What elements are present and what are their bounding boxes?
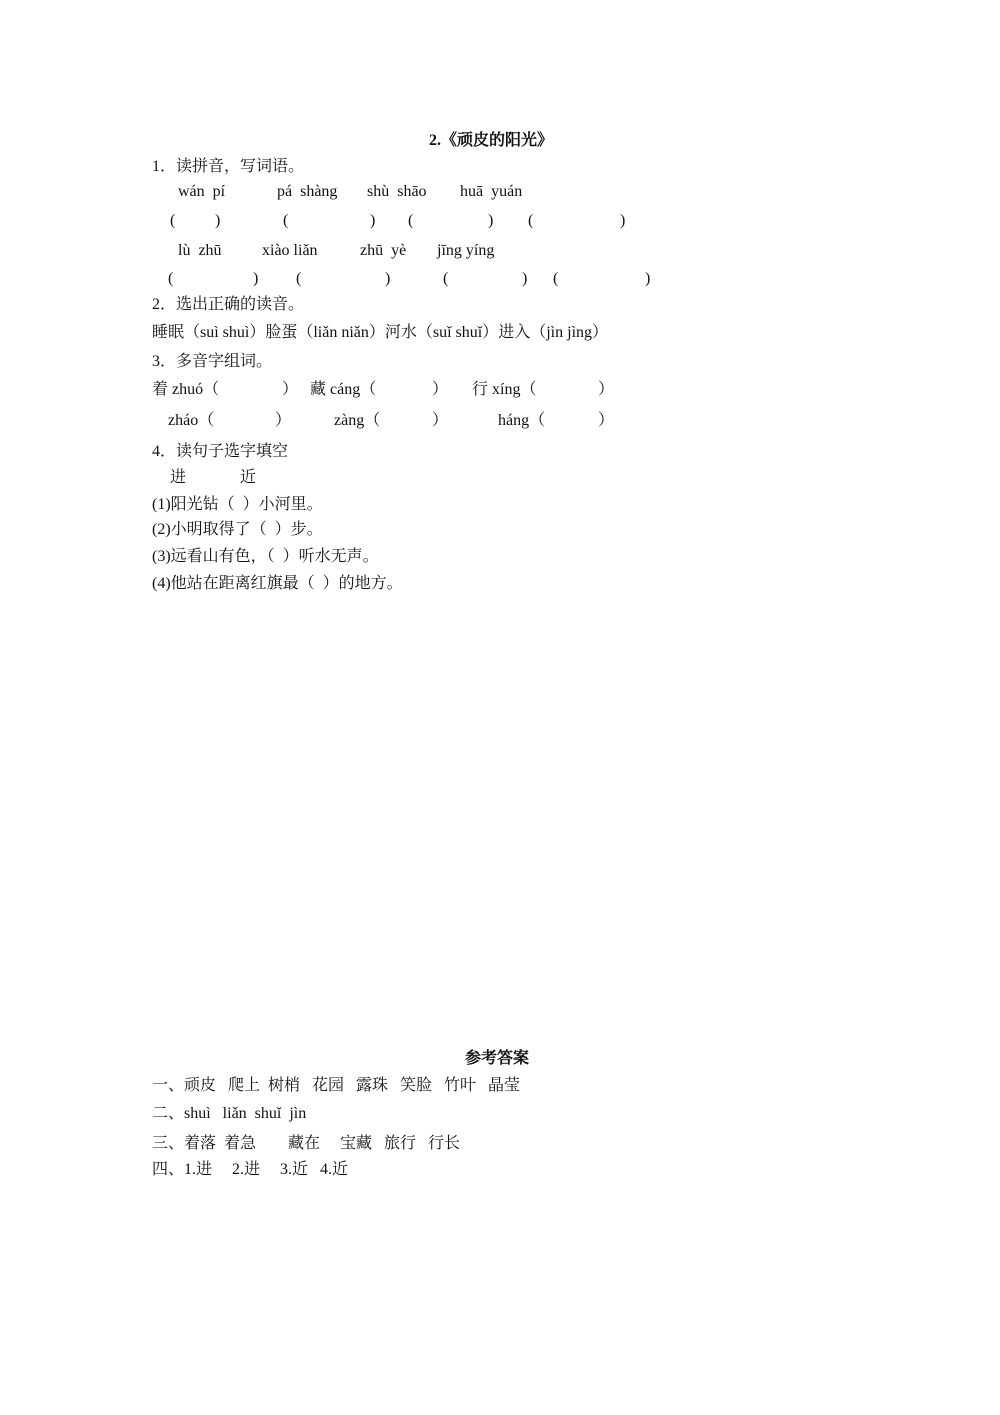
q1-pinyin: zhū yè [360, 241, 406, 261]
q1-pinyin: wán pí [178, 182, 225, 202]
answer-blank-close: ) [620, 211, 625, 231]
answer-blank-close: ) [385, 269, 390, 289]
q3-item: zháo（ [168, 411, 214, 431]
q3-heading: 3．多音字组词。 [152, 352, 272, 372]
answer-blank-open: ( [170, 211, 175, 231]
q4-choice: 近 [240, 468, 256, 488]
q1-pinyin: lù zhū [178, 241, 222, 261]
q3-item: 行 xíng（ [472, 380, 536, 400]
answer-blank-close: ) [645, 269, 650, 289]
q4-item: (2)小明取得了（ ）步。 [152, 520, 323, 540]
answer-blank-close: ) [488, 211, 493, 231]
q4-item: (4)他站在距离红旗最（ ）的地方。 [152, 574, 403, 594]
q3-item: 藏 cáng（ [310, 380, 376, 400]
answer-blank-open: ( [443, 269, 448, 289]
q1-pinyin: shù shāo [367, 182, 427, 202]
answer-line: 四、1.进 2.进 3.近 4.近 [152, 1160, 348, 1180]
answer-line: 一、顽皮 爬上 树梢 花园 露珠 笑脸 竹叶 晶莹 [152, 1076, 520, 1096]
q3-item: háng（ [498, 411, 545, 431]
answer-blank-open: ( [408, 211, 413, 231]
q3-close: ） [598, 380, 614, 400]
answer-line: 三、着落 着急 藏在 宝藏 旅行 行长 [152, 1134, 460, 1154]
q3-close: ） [282, 380, 298, 400]
answer-blank-close: ) [253, 269, 258, 289]
q1-pinyin: huā yuán [460, 182, 522, 202]
answer-line: 二、shuì liǎn shuǐ jìn [152, 1104, 306, 1124]
answer-blank-open: ( [528, 211, 533, 231]
q4-item: (3)远看山有色，（ ）听水无声。 [152, 547, 379, 567]
page-title: 2.《顽皮的阳光》 [429, 131, 553, 151]
q1-pinyin: xiào liǎn [262, 241, 318, 261]
q2-heading: 2．选出正确的读音。 [152, 295, 304, 315]
q3-close: ） [275, 411, 291, 431]
answer-blank-open: ( [296, 269, 301, 289]
q3-item: zàng（ [334, 411, 380, 431]
q3-close: ） [598, 411, 614, 431]
answer-blank-close: ) [370, 211, 375, 231]
answer-blank-close: ) [215, 211, 220, 231]
q4-item: (1)阳光钻（ ）小河里。 [152, 495, 323, 515]
q4-heading: 4．读句子选字填空 [152, 442, 288, 462]
q1-pinyin: jīng yíng [437, 241, 494, 261]
q4-choice: 进 [170, 468, 186, 488]
q2-line: 睡眠（suì shuì）脸蛋（liǎn niǎn）河水（suǐ shuǐ）进入（… [152, 323, 608, 343]
q1-heading: 1．读拼音，写词语。 [152, 157, 304, 177]
q1-pinyin: pá shàng [277, 182, 337, 202]
answer-blank-open: ( [168, 269, 173, 289]
answer-blank-open: ( [553, 269, 558, 289]
q3-close: ） [432, 380, 448, 400]
q3-close: ） [432, 411, 448, 431]
answers-heading: 参考答案 [465, 1049, 529, 1069]
q3-item: 着 zhuó（ [152, 380, 219, 400]
answer-blank-close: ) [522, 269, 527, 289]
answer-blank-open: ( [283, 211, 288, 231]
